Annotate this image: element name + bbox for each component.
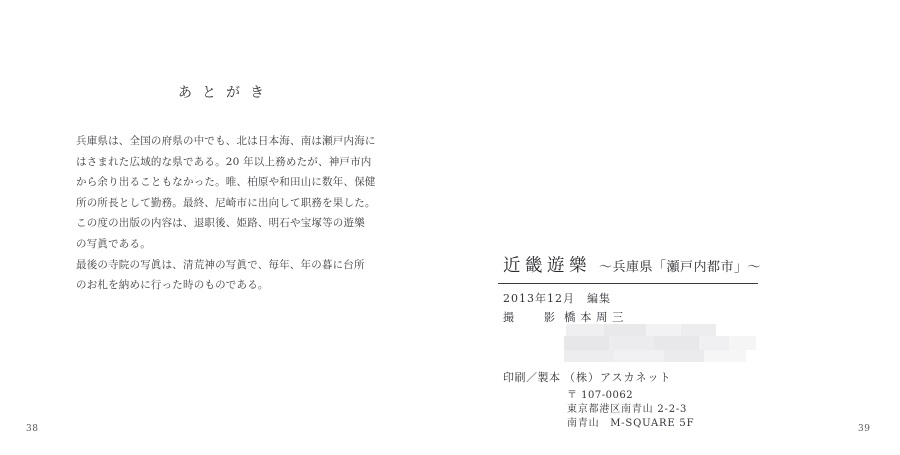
body-line: 兵庫県は、全国の府県の中でも、北は日本海、南は瀬戸内海に — [76, 131, 366, 152]
body-line: はさまれた広域的な県である。20 年以上務めたが、神戸市内 — [76, 152, 366, 173]
page-number-right: 39 — [858, 424, 870, 434]
photographer-name: 橋本周三 — [564, 309, 628, 325]
title-rule — [498, 283, 758, 284]
photo-credit-label-2: 影 — [544, 309, 555, 325]
redacted-blur — [564, 324, 756, 362]
photo-credit-label-1: 撮 — [503, 309, 514, 325]
redacted-blur-row — [564, 336, 756, 350]
page-number-left: 38 — [26, 424, 38, 434]
colophon: 近畿遊樂 ～兵庫県「瀬戸内都市」～ 2013年12月 編集 撮 影 橋本周三 印… — [450, 0, 900, 455]
book-title: 近畿遊樂 — [503, 252, 591, 277]
body-line: この度の出版の内容は、退职後、姫路、明石や宝塚等の遊樂 — [76, 213, 366, 234]
address-line-2: 南青山 M-SQUARE 5F — [567, 414, 694, 429]
edition-line: 2013年12月 編集 — [503, 290, 611, 306]
body-line: のお札を納めに行った時のものである。 — [76, 275, 366, 296]
postal-code: 〒 107-0062 — [567, 386, 633, 401]
print-credit-row: 印刷／製本 （株）アスカネット — [450, 369, 900, 383]
redacted-blur-row — [566, 324, 716, 336]
printer-name: （株）アスカネット — [564, 369, 672, 385]
body-line: の写眞である。 — [76, 234, 366, 255]
photo-credit-row: 撮 影 橋本周三 — [450, 309, 900, 323]
book-spread: あとがき 兵庫県は、全国の府県の中でも、北は日本海、南は瀬戸内海に はさまれた広… — [0, 0, 900, 455]
print-label: 印刷／製本 — [503, 369, 561, 385]
redacted-blur-row — [564, 350, 746, 362]
book-subtitle: ～兵庫県「瀬戸内都市」～ — [599, 256, 761, 275]
afterword-body: 兵庫県は、全国の府県の中でも、北は日本海、南は瀬戸内海に はさまれた広域的な県で… — [76, 131, 366, 296]
page-right: 近畿遊樂 ～兵庫県「瀬戸内都市」～ 2013年12月 編集 撮 影 橋本周三 印… — [450, 0, 900, 455]
page-left: あとがき 兵庫県は、全国の府県の中でも、北は日本海、南は瀬戸内海に はさまれた広… — [0, 0, 450, 455]
address-line-1: 東京都港区南青山 2-2-3 — [567, 400, 687, 415]
body-line: 最後の寺院の写眞は、清荒神の写眞で、毎年、年の暮に台所 — [76, 255, 366, 276]
body-line: から余り出ることもなかった。唯、柏原や和田山に数年、保健 — [76, 172, 366, 193]
afterword-title: あとがき — [178, 82, 274, 102]
book-title-row: 近畿遊樂 ～兵庫県「瀬戸内都市」～ — [503, 252, 761, 277]
body-line: 所の所長として勤務。最終、尼崎市に出向して职務を果した。 — [76, 193, 366, 214]
